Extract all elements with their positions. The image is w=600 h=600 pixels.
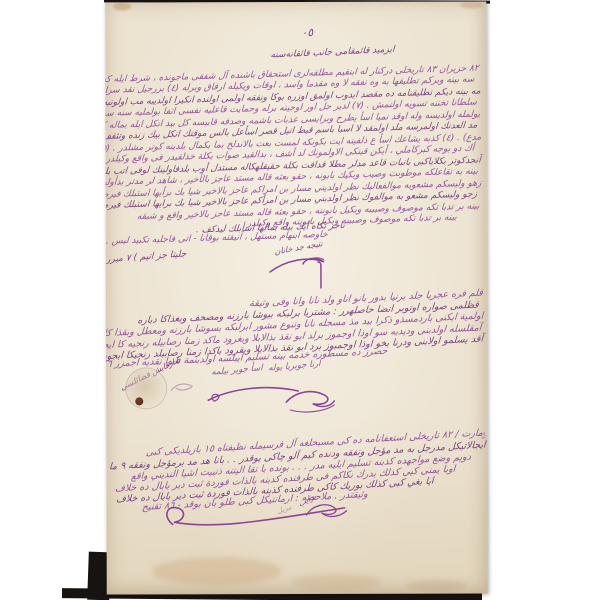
paper-stain <box>460 2 482 9</box>
paper-stain <box>407 580 467 592</box>
annotation-left: جليتا جز اتيم ) ٧ مبرر <box>106 249 187 265</box>
signatory-title-left: اسأ جوبر بيلمه <box>211 363 262 378</box>
document-photo: ٥٠ ايزميد قائمقامى جانب فائقانه‌سنه ٢٨ ح… <box>0 0 600 600</box>
mid-signature-flourish <box>266 250 338 292</box>
signature-knot <box>282 386 338 414</box>
paper-stain <box>113 2 131 10</box>
bottom-signature-flourish <box>159 500 359 533</box>
document-heading: ايزميد قائمقامى جانب فائقانه‌سنه <box>270 45 395 61</box>
stamp-side-scribble <box>168 378 200 396</box>
stamp-ink-dot <box>135 397 143 405</box>
paper-stain <box>292 574 382 590</box>
page-number: ٥٠ <box>301 26 313 39</box>
paper-stain <box>152 557 282 585</box>
faded-seal-stamp <box>125 367 167 409</box>
manuscript-paper: ٥٠ ايزميد قائمقامى جانب فائقانه‌سنه ٢٨ ح… <box>105 2 488 595</box>
